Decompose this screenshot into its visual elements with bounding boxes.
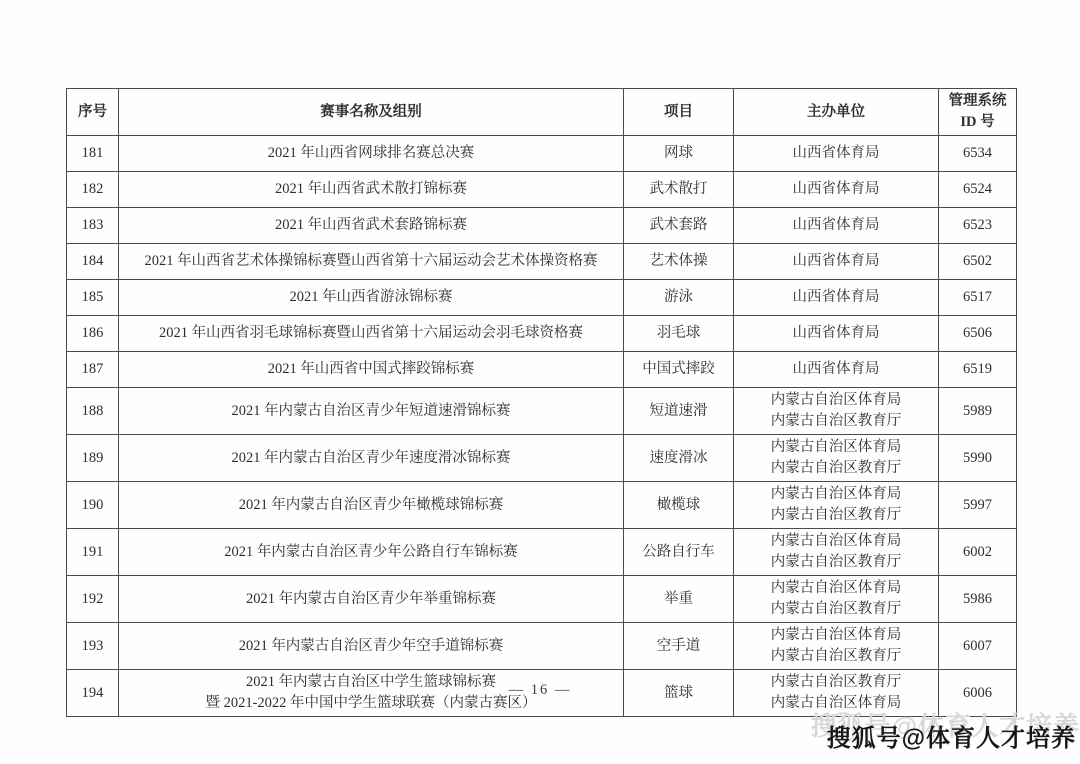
cell-name: 2021 年内蒙古自治区青少年橄榄球锦标赛 [119, 482, 624, 529]
table-row: 184 2021 年山西省艺术体操锦标赛暨山西省第十六届运动会艺术体操资格赛 艺… [67, 244, 1017, 280]
cell-sport: 艺术体操 [624, 244, 734, 280]
cell-organizer: 山西省体育局 [734, 280, 939, 316]
cell-organizer: 山西省体育局 [734, 244, 939, 280]
cell-id: 6524 [939, 172, 1017, 208]
cell-id: 6519 [939, 352, 1017, 388]
table-row: 189 2021 年内蒙古自治区青少年速度滑冰锦标赛 速度滑冰 内蒙古自治区体育… [67, 435, 1017, 482]
table-row: 188 2021 年内蒙古自治区青少年短道速滑锦标赛 短道速滑 内蒙古自治区体育… [67, 388, 1017, 435]
document-page: 序号 赛事名称及组别 项目 主办单位 管理系统ID 号 181 2021 年山西… [0, 0, 1080, 764]
cell-id: 6534 [939, 136, 1017, 172]
cell-no: 192 [67, 576, 119, 623]
cell-sport: 中国式摔跤 [624, 352, 734, 388]
cell-sport: 游泳 [624, 280, 734, 316]
cell-no: 186 [67, 316, 119, 352]
header-organizer: 主办单位 [734, 89, 939, 136]
cell-name: 2021 年山西省武术套路锦标赛 [119, 208, 624, 244]
header-name: 赛事名称及组别 [119, 89, 624, 136]
cell-organizer: 内蒙古自治区体育局内蒙古自治区教育厅 [734, 435, 939, 482]
cell-no: 181 [67, 136, 119, 172]
cell-name: 2021 年内蒙古自治区青少年短道速滑锦标赛 [119, 388, 624, 435]
cell-organizer: 内蒙古自治区体育局内蒙古自治区教育厅 [734, 482, 939, 529]
cell-sport: 橄榄球 [624, 482, 734, 529]
table-row: 183 2021 年山西省武术套路锦标赛 武术套路 山西省体育局 6523 [67, 208, 1017, 244]
cell-sport: 武术散打 [624, 172, 734, 208]
cell-organizer: 内蒙古自治区体育局内蒙古自治区教育厅 [734, 623, 939, 670]
table-row: 185 2021 年山西省游泳锦标赛 游泳 山西省体育局 6517 [67, 280, 1017, 316]
cell-sport: 公路自行车 [624, 529, 734, 576]
cell-name: 2021 年山西省羽毛球锦标赛暨山西省第十六届运动会羽毛球资格赛 [119, 316, 624, 352]
cell-name: 2021 年山西省艺术体操锦标赛暨山西省第十六届运动会艺术体操资格赛 [119, 244, 624, 280]
cell-no: 187 [67, 352, 119, 388]
cell-organizer: 内蒙古自治区体育局内蒙古自治区教育厅 [734, 388, 939, 435]
header-no: 序号 [67, 89, 119, 136]
cell-no: 184 [67, 244, 119, 280]
cell-no: 183 [67, 208, 119, 244]
table-row: 192 2021 年内蒙古自治区青少年举重锦标赛 举重 内蒙古自治区体育局内蒙古… [67, 576, 1017, 623]
cell-organizer: 山西省体育局 [734, 136, 939, 172]
cell-id: 6002 [939, 529, 1017, 576]
cell-sport: 羽毛球 [624, 316, 734, 352]
cell-name: 2021 年山西省武术散打锦标赛 [119, 172, 624, 208]
cell-id: 5997 [939, 482, 1017, 529]
cell-sport: 空手道 [624, 623, 734, 670]
cell-id: 5986 [939, 576, 1017, 623]
cell-organizer: 山西省体育局 [734, 352, 939, 388]
cell-no: 188 [67, 388, 119, 435]
cell-name: 2021 年山西省中国式摔跤锦标赛 [119, 352, 624, 388]
cell-no: 193 [67, 623, 119, 670]
header-sport: 项目 [624, 89, 734, 136]
table-row: 187 2021 年山西省中国式摔跤锦标赛 中国式摔跤 山西省体育局 6519 [67, 352, 1017, 388]
page-number: — 16 — [0, 682, 1080, 699]
cell-name: 2021 年内蒙古自治区青少年空手道锦标赛 [119, 623, 624, 670]
cell-name: 2021 年内蒙古自治区青少年公路自行车锦标赛 [119, 529, 624, 576]
cell-sport: 举重 [624, 576, 734, 623]
cell-organizer: 内蒙古自治区体育局内蒙古自治区教育厅 [734, 529, 939, 576]
cell-id: 6506 [939, 316, 1017, 352]
cell-name: 2021 年内蒙古自治区青少年速度滑冰锦标赛 [119, 435, 624, 482]
cell-sport: 网球 [624, 136, 734, 172]
cell-name: 2021 年山西省网球排名赛总决赛 [119, 136, 624, 172]
table-header-row: 序号 赛事名称及组别 项目 主办单位 管理系统ID 号 [67, 89, 1017, 136]
cell-id: 5989 [939, 388, 1017, 435]
table-row: 193 2021 年内蒙古自治区青少年空手道锦标赛 空手道 内蒙古自治区体育局内… [67, 623, 1017, 670]
cell-sport: 速度滑冰 [624, 435, 734, 482]
cell-id: 6517 [939, 280, 1017, 316]
cell-name: 2021 年山西省游泳锦标赛 [119, 280, 624, 316]
table-row: 186 2021 年山西省羽毛球锦标赛暨山西省第十六届运动会羽毛球资格赛 羽毛球… [67, 316, 1017, 352]
cell-no: 189 [67, 435, 119, 482]
cell-id: 5990 [939, 435, 1017, 482]
cell-id: 6523 [939, 208, 1017, 244]
table-row: 190 2021 年内蒙古自治区青少年橄榄球锦标赛 橄榄球 内蒙古自治区体育局内… [67, 482, 1017, 529]
events-table: 序号 赛事名称及组别 项目 主办单位 管理系统ID 号 181 2021 年山西… [66, 88, 1017, 717]
cell-sport: 武术套路 [624, 208, 734, 244]
cell-no: 190 [67, 482, 119, 529]
cell-organizer: 山西省体育局 [734, 172, 939, 208]
cell-no: 185 [67, 280, 119, 316]
cell-id: 6502 [939, 244, 1017, 280]
header-system-id: 管理系统ID 号 [939, 89, 1017, 136]
cell-name: 2021 年内蒙古自治区青少年举重锦标赛 [119, 576, 624, 623]
table-row: 182 2021 年山西省武术散打锦标赛 武术散打 山西省体育局 6524 [67, 172, 1017, 208]
cell-sport: 短道速滑 [624, 388, 734, 435]
cell-organizer: 山西省体育局 [734, 316, 939, 352]
cell-organizer: 内蒙古自治区体育局内蒙古自治区教育厅 [734, 576, 939, 623]
cell-id: 6007 [939, 623, 1017, 670]
cell-no: 191 [67, 529, 119, 576]
sohu-watermark: 搜狐号@体育人才培养 搜狐号@体育人才培养 [827, 718, 1076, 752]
cell-organizer: 山西省体育局 [734, 208, 939, 244]
table-row: 191 2021 年内蒙古自治区青少年公路自行车锦标赛 公路自行车 内蒙古自治区… [67, 529, 1017, 576]
cell-no: 182 [67, 172, 119, 208]
table-row: 181 2021 年山西省网球排名赛总决赛 网球 山西省体育局 6534 [67, 136, 1017, 172]
watermark-text: 搜狐号@体育人才培养 [827, 725, 1076, 752]
